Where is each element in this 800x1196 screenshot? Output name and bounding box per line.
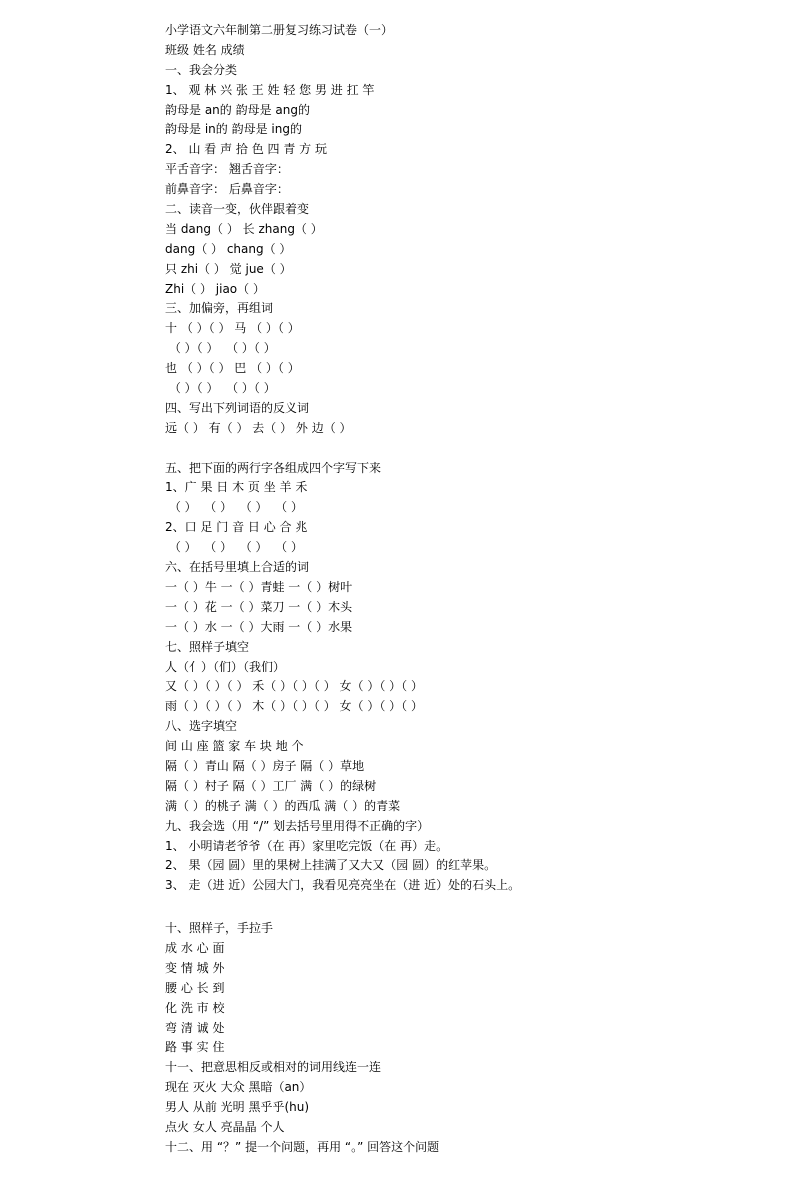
section-heading: 八、选字填空 <box>165 717 785 737</box>
section-line: 成 水 心 面 <box>165 939 785 959</box>
section-heading: 十二、用 “？” 提一个问题，再用 “。” 回答这个问题 <box>165 1138 785 1158</box>
section-line: 隔（ ）青山 隔（ ）房子 隔（ ）草地 <box>165 757 785 777</box>
student-info-line: 班级 姓名 成绩 <box>165 41 785 61</box>
section-line: 1、广 果 日 木 页 坐 羊 禾 <box>165 478 785 498</box>
section-line: 满（ ）的桃子 满（ ）的西瓜 满（ ）的青菜 <box>165 797 785 817</box>
section-line: 男人 从前 光明 黑乎乎(hu) <box>165 1098 785 1118</box>
section-line: 化 洗 市 校 <box>165 999 785 1019</box>
section-line: Zhi（ ） jiao（ ） <box>165 280 785 300</box>
section-line: 3、 走（进 近）公园大门，我看见亮亮坐在（进 近）处的石头上。 <box>165 876 785 896</box>
section-line: 前鼻音字： 后鼻音字： <box>165 180 785 200</box>
section-heading: 九、我会选（用 “/” 划去括号里用得不正确的字） <box>165 817 785 837</box>
section-heading: 七、照样子填空 <box>165 638 785 658</box>
section-line: 人（亻）（们）（我们） <box>165 658 785 678</box>
section-line: （ ）（ ） （ ）（ ） <box>165 379 785 399</box>
section-line: 2、 果（园 圆）里的果树上挂满了又大又（园 圆）的红苹果。 <box>165 856 785 876</box>
section-line: 韵母是 in的 韵母是 ing的 <box>165 120 785 140</box>
section-line: 雨（ ）（ ）（ ） 木（ ）（ ）（ ） 女（ ）（ ）（ ） <box>165 697 785 717</box>
section-line: 2、口 足 门 音 日 心 合 兆 <box>165 518 785 538</box>
section-line: 1、 观 林 兴 张 王 姓 轻 您 男 进 扛 竿 <box>165 81 785 101</box>
section-line: （ ）（ ） （ ）（ ） <box>165 339 785 359</box>
section-line: dang（ ） chang（ ） <box>165 240 785 260</box>
section-line: 现在 灭火 大众 黑暗（an） <box>165 1078 785 1098</box>
section-heading: 二、读音一变，伙伴跟着变 <box>165 200 785 220</box>
section-heading: 六、在括号里填上合适的词 <box>165 558 785 578</box>
section-line: 又（ ）（ ）（ ） 禾（ ）（ ）（ ） 女（ ）（ ）（ ） <box>165 677 785 697</box>
section-line: 间 山 座 篮 家 车 块 地 个 <box>165 737 785 757</box>
section-line: 点火 女人 亮晶晶 个人 <box>165 1118 785 1138</box>
section-line: 隔（ ）村子 隔（ ）工厂 满（ ）的绿树 <box>165 777 785 797</box>
section-line: 一（ ）牛 一（ ）青蛙 一（ ）树叶 <box>165 578 785 598</box>
blank-line <box>165 439 785 459</box>
section-line: （ ） （ ） （ ） （ ） <box>165 538 785 558</box>
section-line: 韵母是 an的 韵母是 ang的 <box>165 101 785 121</box>
section-line: 一（ ）水 一（ ）大雨 一（ ）水果 <box>165 618 785 638</box>
section-heading: 三、加偏旁，再组词 <box>165 299 785 319</box>
section-line: 远（ ） 有（ ） 去（ ） 外 边（ ） <box>165 419 785 439</box>
section-line: 当 dang（ ） 长 zhang（ ） <box>165 220 785 240</box>
section-line: 平舌音字： 翘舌音字： <box>165 160 785 180</box>
section-heading: 一、我会分类 <box>165 61 785 81</box>
section-line: 变 情 城 外 <box>165 959 785 979</box>
section-heading: 十一、把意思相反或相对的词用线连一连 <box>165 1058 785 1078</box>
section-line: 一（ ）花 一（ ）菜刀 一（ ）木头 <box>165 598 785 618</box>
section-line: 只 zhi（ ） 觉 jue（ ） <box>165 260 785 280</box>
exam-document: 小学语文六年制第二册复习练习试卷（一） 班级 姓名 成绩 一、我会分类 1、 观… <box>165 21 785 1158</box>
section-line: 也 （ ）（ ） 巴 （ ）（ ） <box>165 359 785 379</box>
section-heading: 四、写出下列词语的反义词 <box>165 399 785 419</box>
section-line: 弯 清 诚 处 <box>165 1019 785 1039</box>
document-title: 小学语文六年制第二册复习练习试卷（一） <box>165 21 785 41</box>
blank-line <box>165 896 785 916</box>
section-line: 1、 小明请老爷爷（在 再）家里吃完饭（在 再）走。 <box>165 837 785 857</box>
section-line: 2、 山 看 声 拾 色 四 青 方 玩 <box>165 140 785 160</box>
section-heading: 五、把下面的两行字各组成四个字写下来 <box>165 459 785 479</box>
section-line: 路 事 实 住 <box>165 1038 785 1058</box>
section-line: （ ） （ ） （ ） （ ） <box>165 498 785 518</box>
section-heading: 十、照样子，手拉手 <box>165 919 785 939</box>
section-line: 十 （ ）（ ） 马 （ ）（ ） <box>165 319 785 339</box>
section-line: 腰 心 长 到 <box>165 979 785 999</box>
